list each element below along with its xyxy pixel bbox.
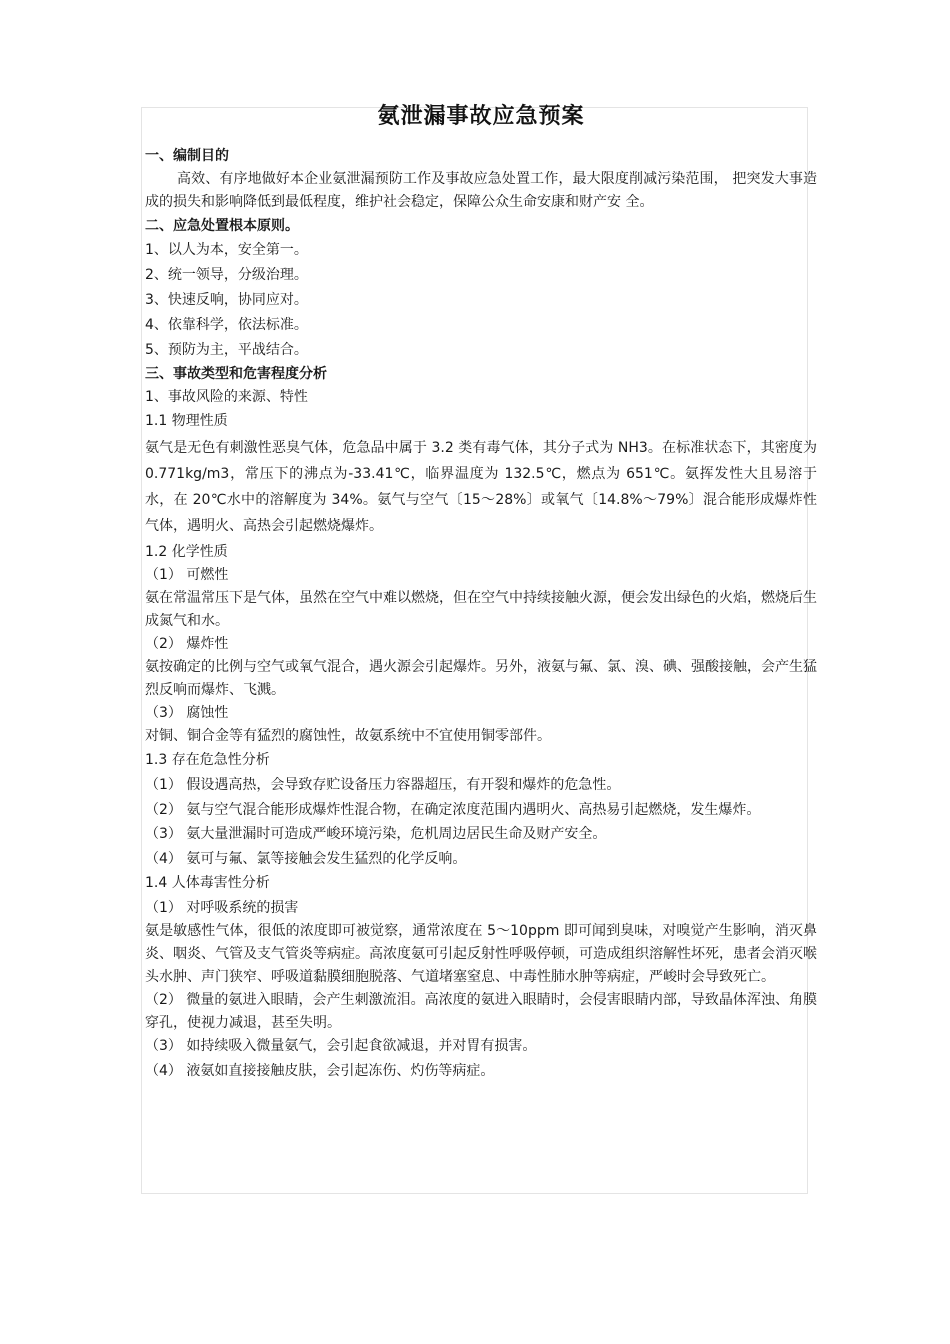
- section-heading-principles: 二、应急处置根本原则。: [145, 215, 817, 238]
- hazard-item: （3） 氨大量泄漏时可造成严峻环境污染，危机周边居民生命及财产安全。: [145, 823, 817, 846]
- toxicity-item-label: （1） 对呼吸系统的损害: [145, 897, 817, 920]
- chemical-property-body: 氨按确定的比例与空气或氧气混合，遇火源会引起爆炸。另外，液氨与氟、氯、溴、碘、强…: [145, 656, 817, 702]
- hazard-item: （2） 氨与空气混合能形成爆炸性混合物，在确定浓度范围内遇明火、高热易引起燃烧，…: [145, 799, 817, 822]
- chemical-property-body: 对铜、铜合金等有猛烈的腐蚀性，故氨系统中不宜使用铜零部件。: [145, 725, 817, 748]
- chemical-property-label: （3） 腐蚀性: [145, 702, 817, 725]
- principle-item: 1、以人为本，安全第一。: [145, 238, 817, 263]
- section-purpose-body: 高效、有序地做好本企业氨泄漏预防工作及事故应急处置工作，最大限度削减污染范围， …: [145, 168, 817, 214]
- toxicity-item-body: 氨是敏感性气体，很低的浓度即可被觉察，通常浓度在 5～10ppm 即可闻到臭味，…: [145, 920, 817, 989]
- subsection-risk-source: 1、事故风险的来源、特性: [145, 386, 817, 409]
- toxicity-item: （4） 液氨如直接接触皮肤，会引起冻伤、灼伤等病症。: [145, 1060, 817, 1083]
- physical-properties-body: 氨气是无色有刺激性恶臭气体，危急品中属于 3.2 类有毒气体，其分子式为 NH3…: [145, 435, 817, 539]
- hazard-item: （1） 假设遇高热，会导致存贮设备压力容器超压，有开裂和爆炸的危急性。: [145, 774, 817, 797]
- subsection-physical-properties: 1.1 物理性质: [145, 410, 817, 433]
- chemical-property-body: 氨在常温常压下是气体，虽然在空气中难以燃烧，但在空气中持续接触火源，便会发出绿色…: [145, 587, 817, 633]
- section-heading-purpose: 一、编制目的: [145, 145, 817, 168]
- subsection-chemical-properties: 1.2 化学性质: [145, 541, 817, 564]
- subsection-hazard-analysis: 1.3 存在危急性分析: [145, 749, 817, 772]
- toxicity-item: （2） 微量的氨进入眼睛，会产生刺激流泪。高浓度的氨进入眼睛时，会侵害眼睛内部，…: [145, 989, 817, 1035]
- principle-item: 3、快速反响，协同应对。: [145, 288, 817, 313]
- document-body: 氨泄漏事故应急预案 一、编制目的 高效、有序地做好本企业氨泄漏预防工作及事故应急…: [145, 100, 817, 1083]
- toxicity-item: （3） 如持续吸入微量氨气，会引起食欲减退，并对胃有损害。: [145, 1035, 817, 1058]
- subsection-toxicity-analysis: 1.4 人体毒害性分析: [145, 872, 817, 895]
- principle-item: 2、统一领导，分级治理。: [145, 263, 817, 288]
- principle-item: 4、依靠科学，依法标准。: [145, 313, 817, 338]
- section-heading-accident-types: 三、事故类型和危害程度分析: [145, 363, 817, 386]
- principle-item: 5、预防为主，平战结合。: [145, 338, 817, 363]
- document-title: 氨泄漏事故应急预案: [145, 100, 817, 134]
- chemical-property-label: （2） 爆炸性: [145, 633, 817, 656]
- chemical-property-label: （1） 可燃性: [145, 564, 817, 587]
- hazard-item: （4） 氨可与氟、氯等接触会发生猛烈的化学反响。: [145, 848, 817, 871]
